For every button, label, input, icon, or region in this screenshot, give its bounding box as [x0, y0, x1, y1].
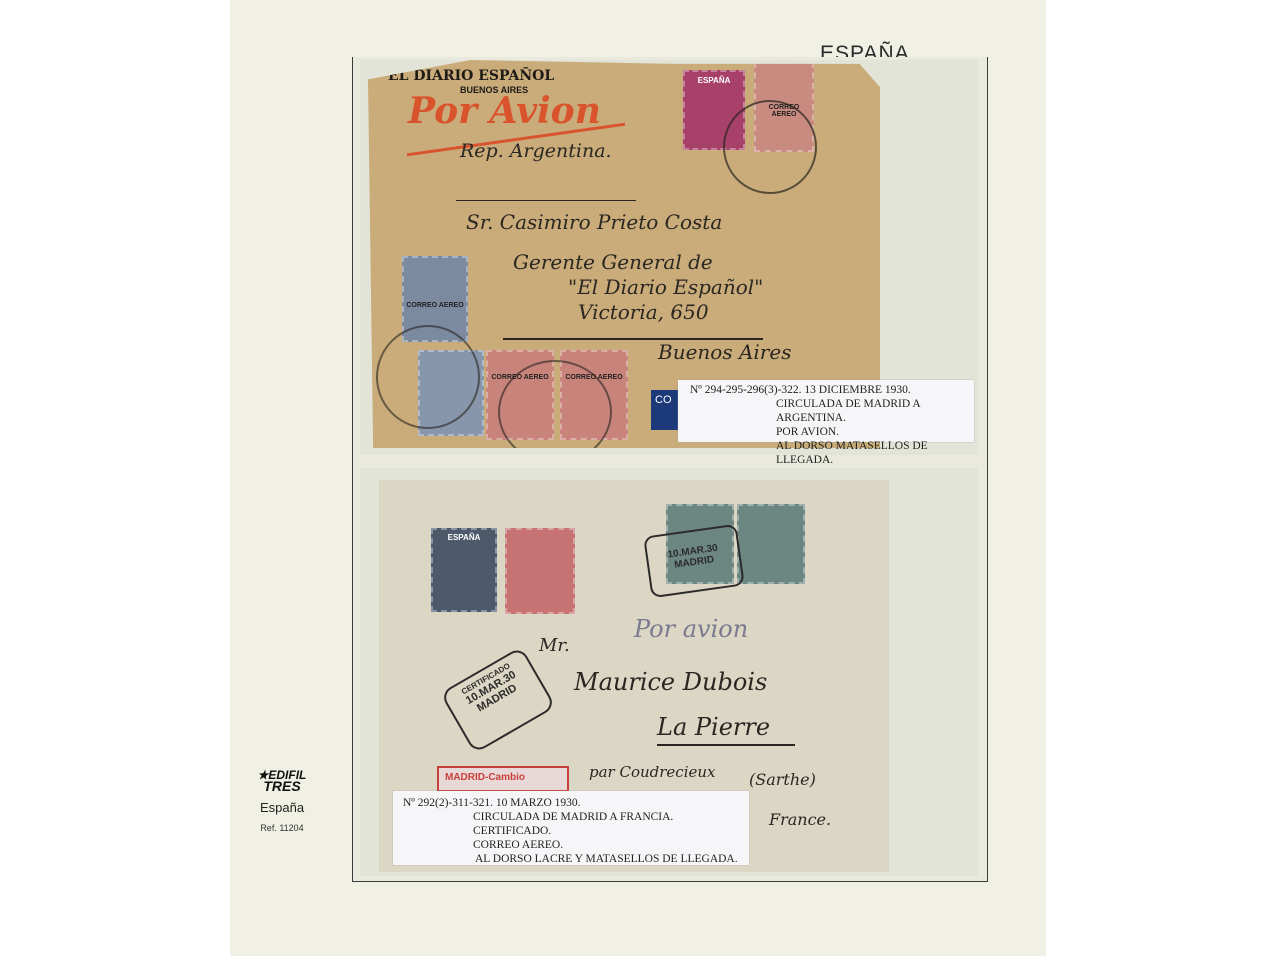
- address-line: Buenos Aires: [658, 340, 791, 364]
- underline: [657, 744, 795, 746]
- registration-label: MADRID-Cambio: [437, 766, 569, 792]
- address-line: Victoria, 650: [578, 300, 709, 324]
- cover-2-caption: Nº 292(2)-311-321. 10 MARZO 1930. CIRCUL…: [393, 791, 749, 865]
- postmark-circle: [723, 100, 817, 194]
- publisher-ref: Ref. 11204: [252, 823, 312, 833]
- address-line: La Pierre: [657, 713, 770, 741]
- address-line: par Coudrecieux: [589, 763, 716, 781]
- postmark-circle: [376, 325, 480, 429]
- airmail-marking: Por Avion: [408, 90, 601, 132]
- publisher-branding: ★EDIFIL TRES España Ref. 11204: [252, 770, 312, 833]
- address-line: Mr.: [539, 635, 570, 656]
- publisher-country: España: [252, 800, 312, 815]
- airmail-marking: Por avion: [634, 615, 748, 643]
- address-line: Rep. Argentina.: [460, 140, 612, 162]
- address-line: "El Diario Español": [568, 275, 763, 299]
- address-line: France.: [769, 810, 831, 829]
- underline: [456, 200, 636, 201]
- address-line: (Sarthe): [749, 770, 816, 789]
- stamp-slate: ESPAÑA: [431, 528, 497, 612]
- stamp-red: [505, 528, 575, 614]
- postmark-certificado: 10.MAR.30 MADRID: [643, 524, 745, 598]
- stamp-green: [737, 504, 805, 584]
- address-line: Maurice Dubois: [574, 668, 767, 696]
- address-line: Sr. Casimiro Prieto Costa: [466, 210, 722, 234]
- edifil-logo: ★EDIFIL TRES: [252, 770, 312, 792]
- underline: [503, 338, 763, 340]
- postmark-certificado: CERTIFICADO 10.MAR.30 MADRID: [440, 646, 556, 754]
- cover-1-caption: Nº 294-295-296(3)-322. 13 DICIEMBRE 1930…: [678, 380, 974, 442]
- address-line: Gerente General de: [513, 250, 713, 274]
